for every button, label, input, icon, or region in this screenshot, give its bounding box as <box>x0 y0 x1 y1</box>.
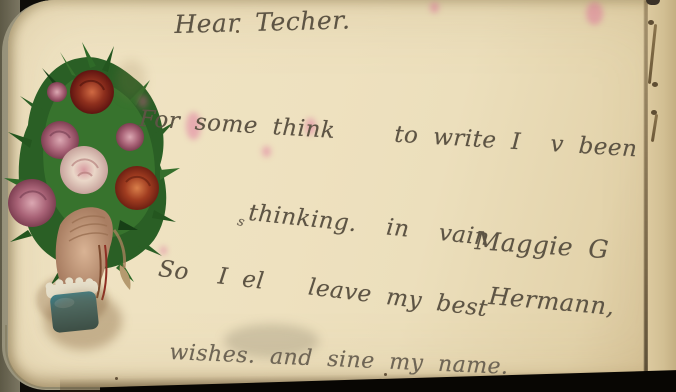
water-stain <box>116 60 146 100</box>
handwriting-salutation: Hear Techer. <box>174 5 351 39</box>
scanned-album-photo: Hear Techer. For some think to write I v… <box>0 0 676 392</box>
binding-stitch <box>651 114 658 142</box>
ink-smudge <box>262 146 271 157</box>
binding-stitch <box>648 24 657 84</box>
stitch-knot <box>652 82 658 87</box>
ink-smudge <box>586 2 603 25</box>
ink-smudge <box>160 246 167 255</box>
facing-page-edge <box>648 0 676 390</box>
stitch-knot <box>651 110 657 115</box>
water-stain <box>44 292 122 350</box>
stitch-knot <box>648 20 654 25</box>
ink-smudge <box>430 2 439 13</box>
